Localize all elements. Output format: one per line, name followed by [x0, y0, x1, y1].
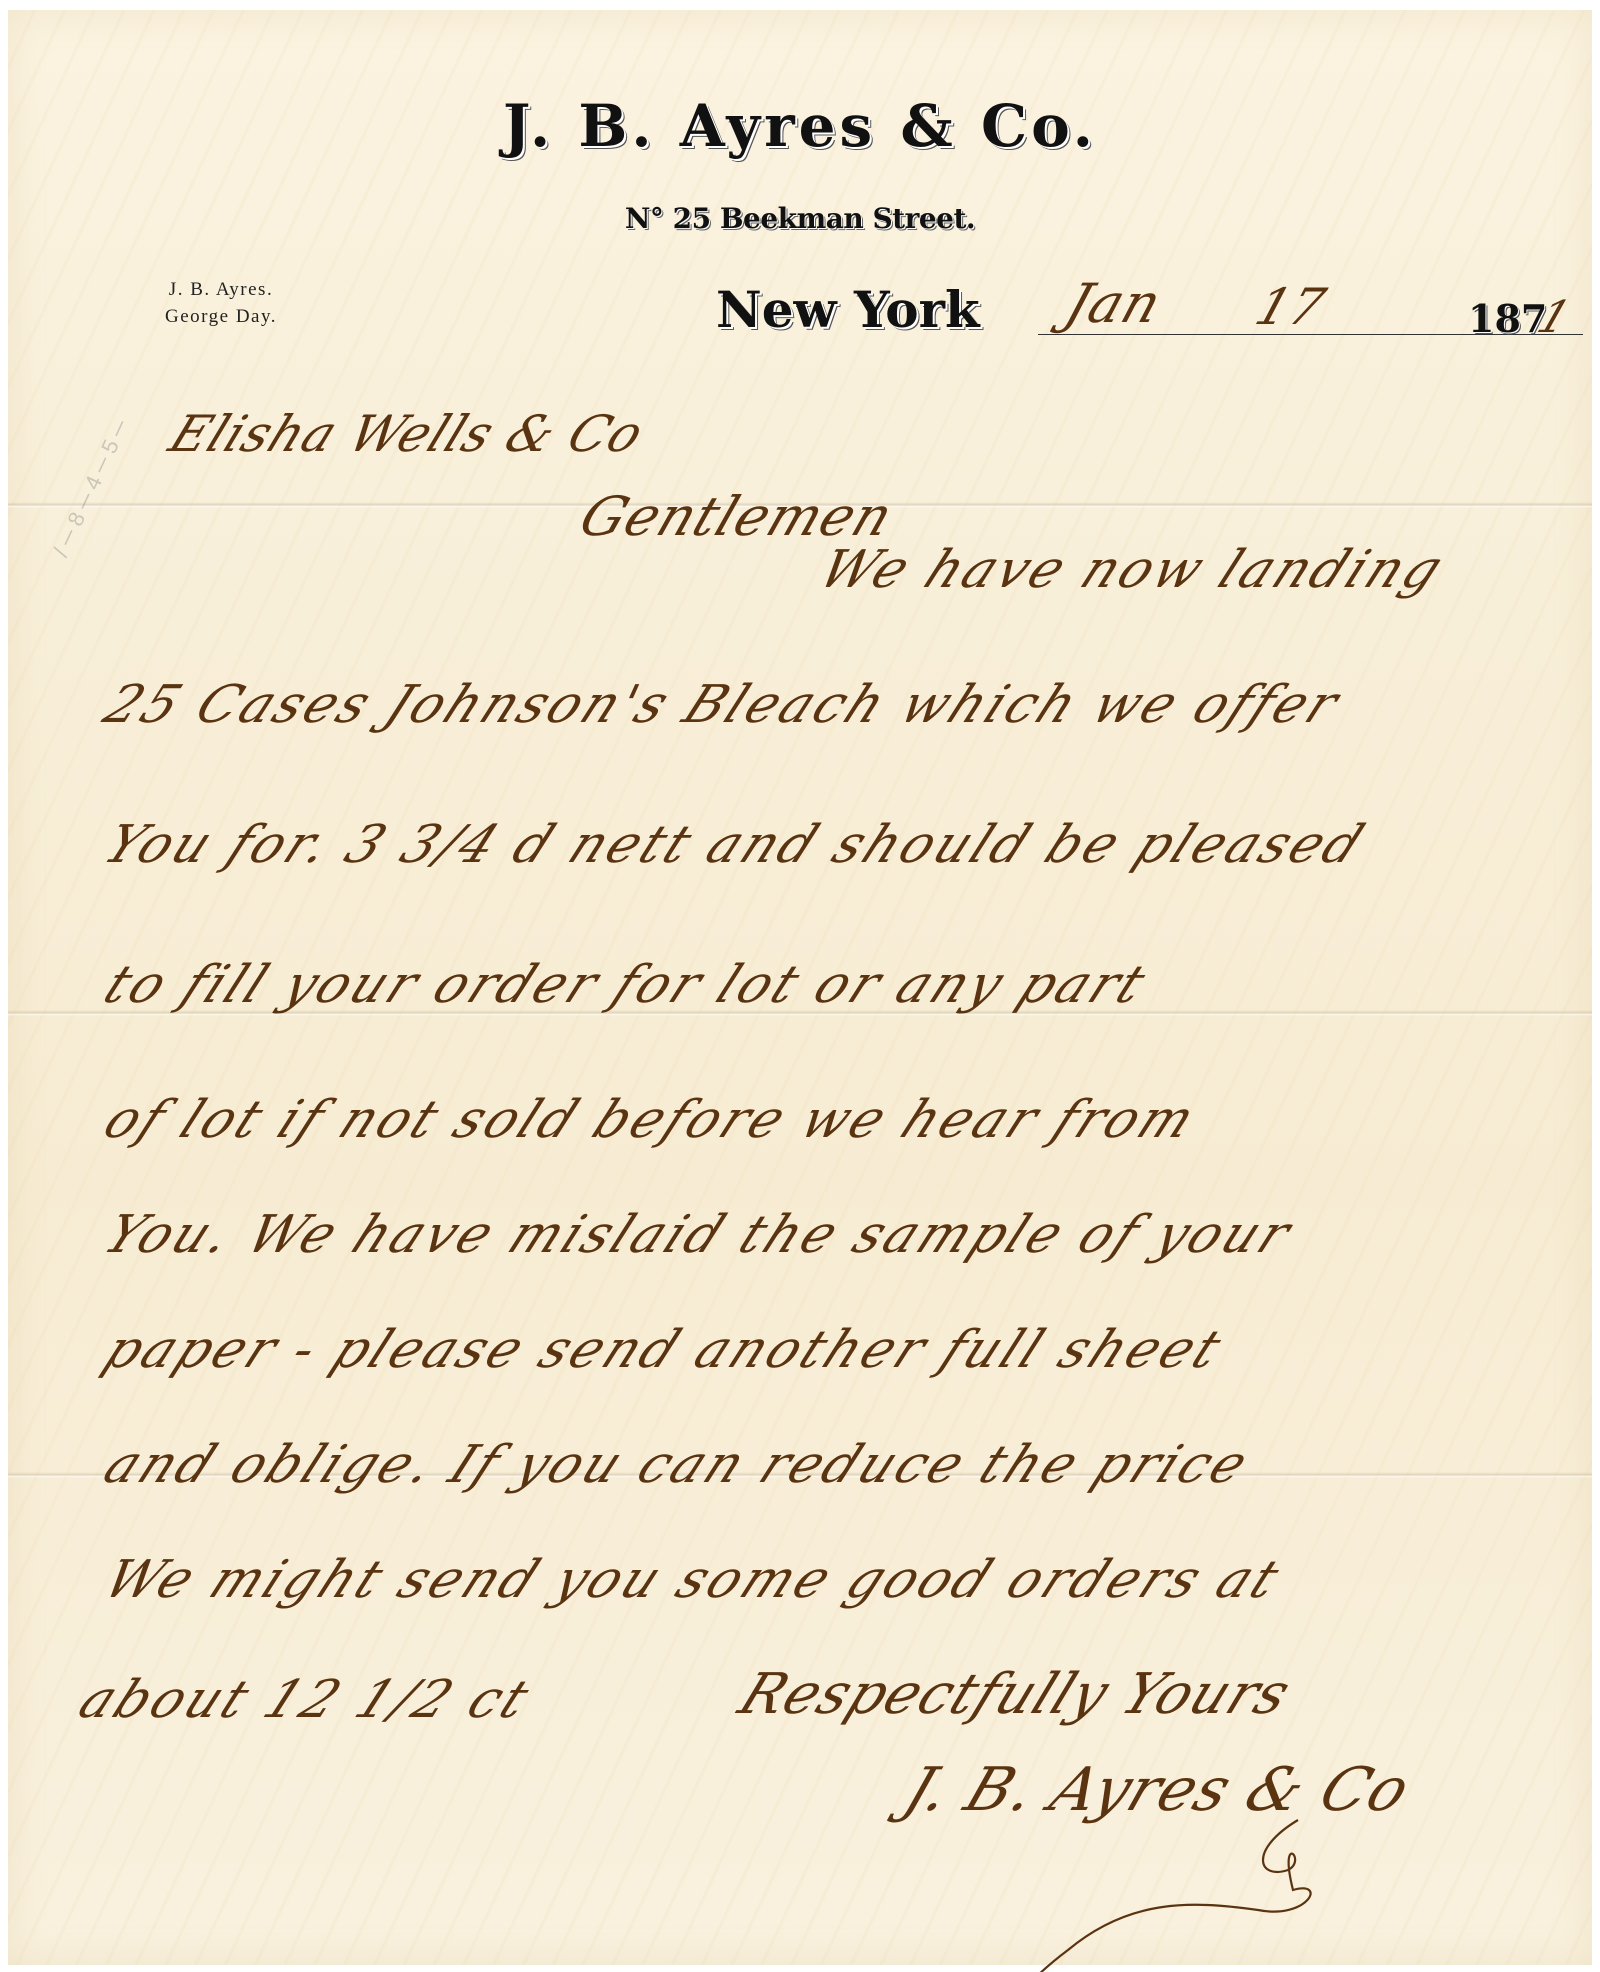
date-day: 17 — [1249, 278, 1333, 336]
letterhead-address: N° 25 Beekman Street. — [8, 202, 1592, 235]
body-line: of lot if not sold before we hear from — [95, 1090, 1207, 1150]
body-line: paper - please send another full sheet — [95, 1320, 1233, 1380]
letterhead-partners: J. B. Ayres. George Day. — [116, 276, 326, 330]
body-line: We have now landing — [810, 540, 1455, 600]
body-line: We might send you some good orders at — [95, 1550, 1291, 1610]
partner-name: George Day. — [116, 303, 326, 330]
body-line: 25 Cases Johnson's Bleach which we offer — [95, 675, 1351, 735]
body-line: You. We have mislaid the sample of your — [95, 1205, 1303, 1265]
letterhead-city: New York — [716, 280, 980, 339]
body-line: to fill your order for lot or any part — [95, 955, 1158, 1015]
partner-name: J. B. Ayres. — [116, 276, 326, 303]
salutation: Gentlemen — [572, 485, 903, 548]
body-line: about 12 1/2 ct — [70, 1670, 541, 1730]
margin-pencil-notes: / ─ 8 ─ 4 ─ 5 ─ — [48, 487, 313, 660]
date-month: Jan — [1058, 272, 1170, 335]
body-line: You for. 3 3/4 d nett and should be plea… — [95, 815, 1376, 875]
letterhead-firm-name: J. B. Ayres & Co. — [8, 92, 1592, 160]
closing: Respectfully Yours — [730, 1662, 1301, 1727]
signature-flourish-icon — [1008, 1810, 1468, 1972]
body-line: and oblige. If you can reduce the price — [95, 1435, 1260, 1495]
addressee: Elisha Wells & Co — [161, 405, 653, 463]
letter-sheet: J. B. Ayres & Co. N° 25 Beekman Street. … — [8, 10, 1592, 1965]
